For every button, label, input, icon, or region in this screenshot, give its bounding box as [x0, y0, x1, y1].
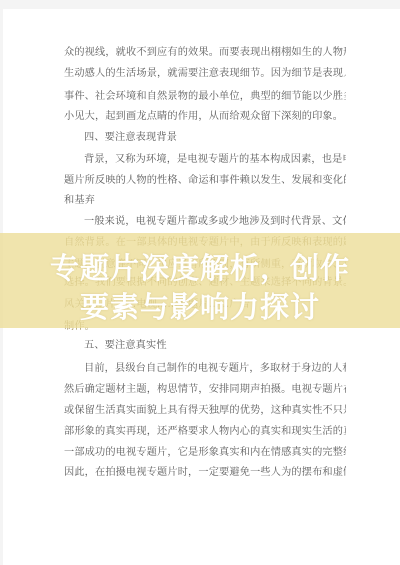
paragraph-line: 一般来说，电视专题片都或多或少地涉及到时代背景、文化背景、: [84, 215, 346, 229]
paragraph-line: 部形象的真实再现，还严格要求人物内心的真实和现实生活的真实。: [64, 425, 346, 439]
paragraph-line: 众的视线，就收不到应有的效果。而要表现出栩栩如生的人物形象和: [64, 46, 346, 60]
paragraph-line: 事件、社会环境和自然景物的最小单位，典型的细节能以少胜多，以: [64, 90, 346, 104]
paragraph-line: 因此，在拍摄电视专题片时，一定要避免一些人为的摆布和虚假的东西，: [64, 466, 346, 480]
section-heading-5: 五、要注意真实性: [84, 339, 366, 353]
paragraph-line: 然后确定题材主题，构思情节，安排同期声拍摄。电视专题片在表现: [64, 383, 346, 397]
paragraph-line: 生动感人的生活场景，就需要注意表现细节。因为细节是表现人物、: [64, 67, 346, 81]
paragraph-line: 背景，又称为环境，是电视专题片的基本构成因素，也是电视专: [84, 153, 346, 167]
document-viewer: 众的视线，就收不到应有的效果。而要表现出栩栩如生的人物形象和 生动感人的生活场景…: [0, 0, 400, 565]
section-heading-4: 四、要注意表现背景: [84, 131, 366, 145]
paragraph-line: 小见大，起到画龙点睛的作用，从而给观众留下深刻的印象。: [64, 110, 346, 124]
paragraph-line: 和基弃: [64, 194, 346, 208]
paragraph-line: 目前，县级台自己制作的电视专题片，多取材于身边的人和事，: [84, 362, 346, 376]
banner-title-line-2: 要素与影响力探讨: [0, 289, 400, 325]
paragraph-line: 题片所反映的人物的性格、命运和事件赖以发生、发展和变化的根据: [64, 174, 346, 188]
paragraph-line: 一部成功的电视专题片，它是形象真实和内在情感真实的完整统一。: [64, 446, 346, 460]
banner-title-line-1: 专题片深度解析，创作: [0, 250, 400, 286]
paragraph-line: 或保留生活真实面貌上具有得天独厚的优势，这种真实性不只是指外: [64, 404, 346, 418]
